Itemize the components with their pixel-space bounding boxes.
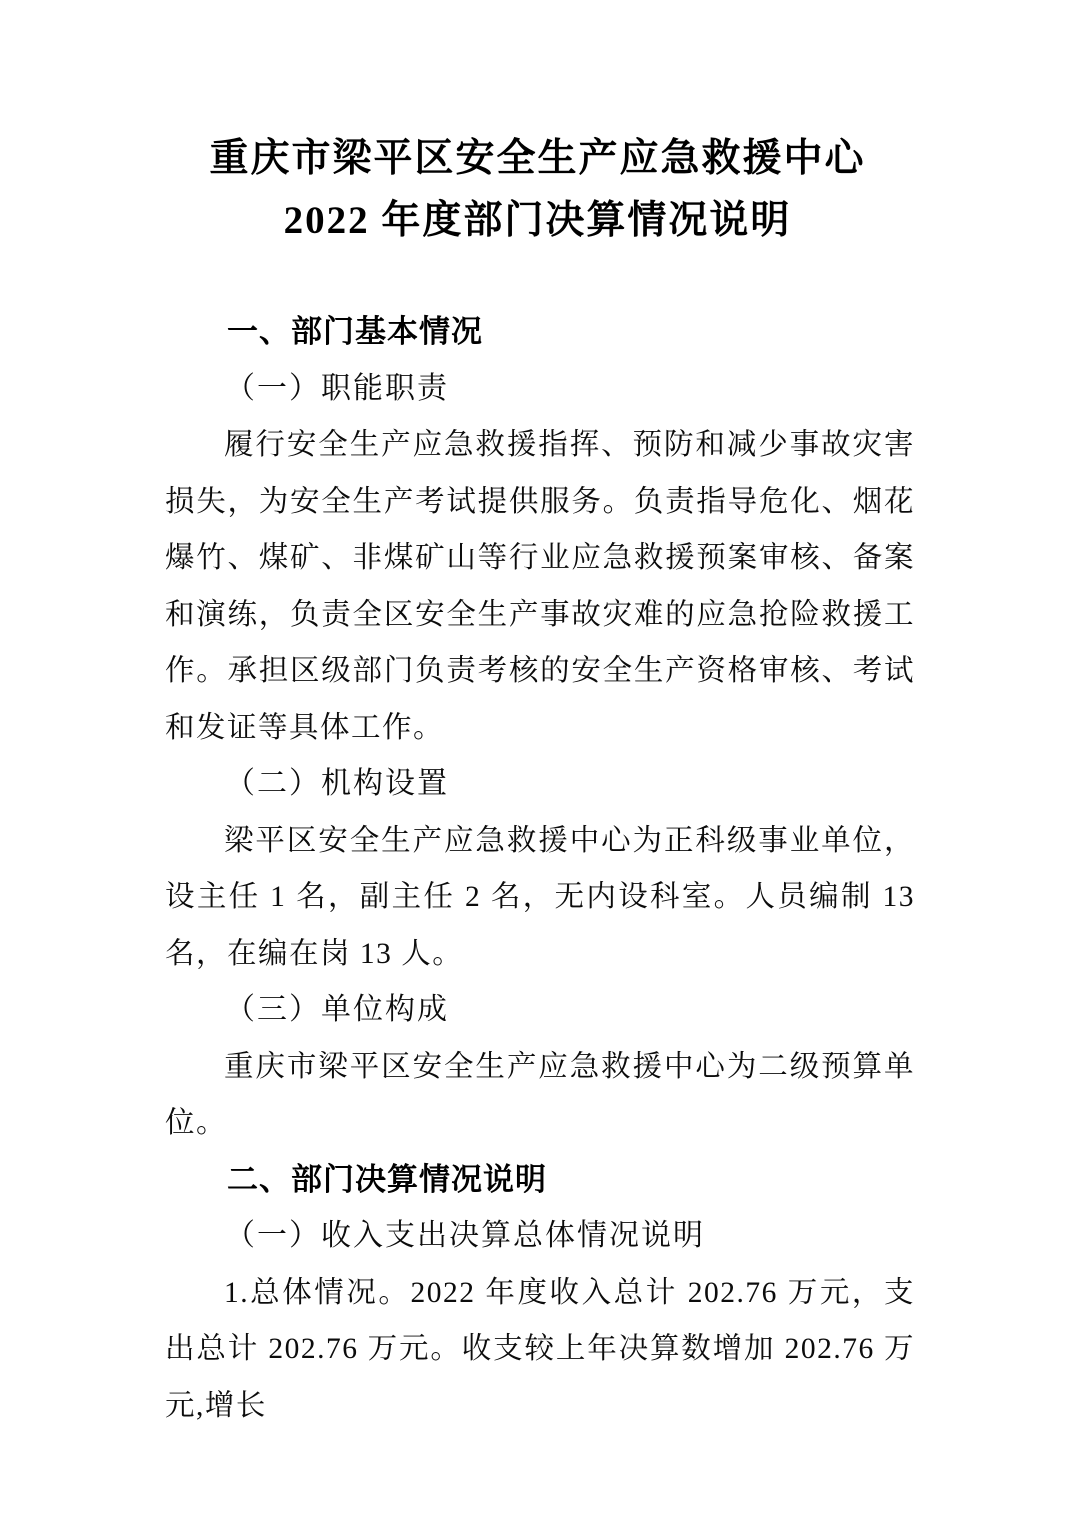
section-1-3-paragraph: 重庆市梁平区安全生产应急救援中心为二级预算单位。 — [165, 1039, 915, 1152]
section-1-3-heading: （三）单位构成 — [165, 982, 915, 1039]
document-body: 一、部门基本情况 （一）职能职责 履行安全生产应急救援指挥、预防和减少事故灾害损… — [165, 304, 915, 1434]
section-1-1-heading: （一）职能职责 — [165, 361, 915, 418]
section-1-2-paragraph: 梁平区安全生产应急救援中心为正科级事业单位，设主任 1 名，副主任 2 名，无内… — [165, 813, 915, 983]
section-1-1-paragraph: 履行安全生产应急救援指挥、预防和减少事故灾害损失，为安全生产考试提供服务。负责指… — [165, 417, 915, 756]
document-title-line-2: 2022 年度部门决算情况说明 — [0, 190, 1075, 252]
section-2-heading: 二、部门决算情况说明 — [165, 1152, 915, 1209]
document-title: 重庆市梁平区安全生产应急救援中心 2022 年度部门决算情况说明 — [0, 0, 1075, 252]
section-1-2-heading: （二）机构设置 — [165, 756, 915, 813]
section-2-1-heading: （一）收入支出决算总体情况说明 — [165, 1208, 915, 1265]
section-1-heading: 一、部门基本情况 — [165, 304, 915, 361]
document-title-line-1: 重庆市梁平区安全生产应急救援中心 — [0, 128, 1075, 190]
document-page: 重庆市梁平区安全生产应急救援中心 2022 年度部门决算情况说明 一、部门基本情… — [0, 0, 1075, 1521]
section-2-1-paragraph: 1.总体情况。2022 年度收入总计 202.76 万元，支出总计 202.76… — [165, 1265, 915, 1435]
